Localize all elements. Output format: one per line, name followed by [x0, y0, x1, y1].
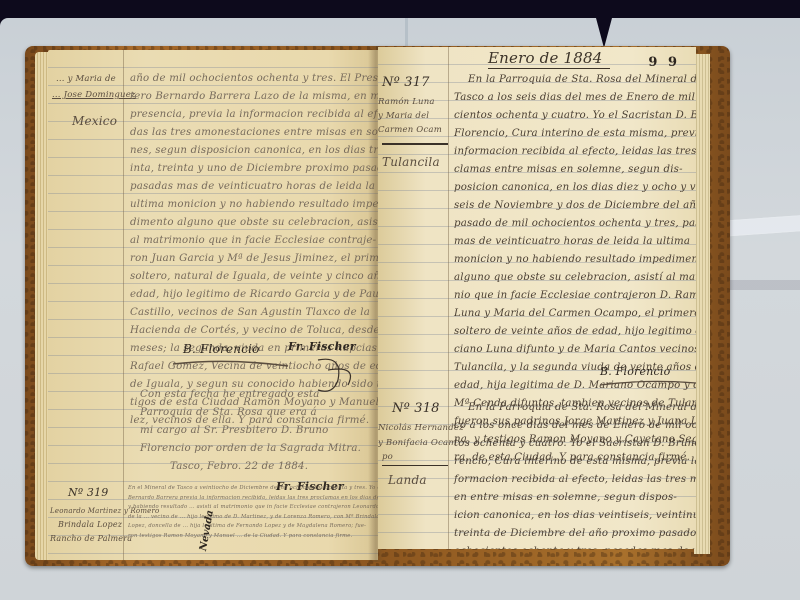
margin-name-line: Ramón Luna: [378, 95, 435, 109]
margin-name-line: Brindala Lopez: [58, 518, 122, 532]
text-line: en entre misas en solemne, segun dispos-: [454, 489, 696, 507]
text-line: tos ochenta y cuatro. Yo el Sacristan D.…: [454, 435, 696, 453]
backdrop-notch: [596, 18, 612, 48]
text-line: Florencio, Cura interino de esta misma, …: [454, 125, 696, 143]
text-line: pasado de mil ochocientos ochenta y tres…: [454, 215, 696, 233]
text-line: Tasco a los seis dias del mes de Enero d…: [454, 89, 696, 107]
margin-divider: [382, 465, 448, 466]
entry-number: Nº 318: [392, 401, 440, 416]
transfer-note: Con esta fecha he entregado esta Parroqu…: [140, 386, 361, 476]
text-line: En la Parroquia de Sta. Rosa del Mineral…: [454, 71, 696, 89]
entry-number: Nº 317: [382, 75, 430, 90]
text-line: Hacienda de Cortés, y vecino de Toluca, …: [130, 322, 378, 340]
text-line: inta, treinta y uno de Diciembre proximo…: [130, 160, 378, 178]
margin-name-line: Carmen Ocam: [378, 123, 442, 137]
margin-name-line: ... Jose Dominguez: [52, 88, 136, 102]
margin-name-line: Nicolás Hernandez: [378, 421, 464, 435]
text-line: ciano Luna difunto y de Maria Cantos vec…: [454, 341, 696, 359]
text-line: y habiendo resultado ... asisti al matri…: [128, 503, 378, 513]
margin-name-line: y Maria del: [378, 109, 429, 123]
margin-name-line: ... y Maria de: [56, 72, 116, 86]
signature-flourish-icon: [598, 377, 696, 389]
entry-text-block: En la Parroquia de Sta. Rosa del Mineral…: [454, 399, 696, 549]
text-line: seis de Noviembre y dos de Diciembre del…: [454, 197, 696, 215]
text-line: monicion y no habiendo resultado impedim…: [454, 251, 696, 269]
text-line: dimento alguno que obste su celebracion,…: [130, 214, 378, 232]
text-line: ultima monicion y no habiendo resultado …: [130, 196, 378, 214]
text-line: Bernardo Barrera previa la informacion r…: [128, 494, 378, 504]
right-page-edges: [694, 54, 710, 554]
month-header: Enero de 1884: [488, 49, 610, 69]
text-line: cientos ochenta y cuatro. Yo el Sacrista…: [454, 107, 696, 125]
text-line: Tasco, Febro. 22 de 1884.: [140, 458, 361, 476]
text-line: presencia, previa la informacion recibid…: [130, 106, 378, 124]
text-line: das las tres amonestaciones entre misas …: [130, 124, 378, 142]
entry-text-block: En el Mineral de Tasco a veintiocho de D…: [128, 484, 378, 541]
margin-name-line: y Bonifacia Ocam: [378, 436, 457, 450]
text-line: edad, hijo legitimo de Ricardo Garcia y …: [130, 286, 378, 304]
text-line: ochocientos ochenta y tres, pasadas mas …: [454, 543, 696, 549]
text-line: pasadas mas de veinticuatro horas de lei…: [130, 178, 378, 196]
margin-name-line: Rancho de Palmera: [50, 532, 132, 546]
entry-number: Nº 319: [68, 486, 109, 499]
text-line: posicion canonica, en los dias diez y oc…: [454, 179, 696, 197]
text-line: de la ... vecino de ... hijo legitimo de…: [128, 513, 378, 523]
margin-rule: [448, 47, 449, 549]
text-line: rencio, Cura interino de esta misma, pre…: [454, 453, 696, 471]
text-line: soltero de veinte años de edad, hijo leg…: [454, 323, 696, 341]
text-line: mas de veinticuatro horas de leida la ul…: [454, 233, 696, 251]
text-line: ron Juan Garcia y Mª de Jesus Jiminez, e…: [130, 250, 378, 268]
text-line: clamas entre misas en solemne, segun dis…: [454, 161, 696, 179]
right-page: Enero de 1884 9 9 Nº 317 Ramón Luna y Ma…: [378, 47, 696, 549]
margin-name-line: po: [382, 450, 393, 464]
text-line: informacion recibida al efecto, leidas l…: [454, 143, 696, 161]
margin-place: Tulancila: [382, 155, 440, 169]
text-line: co a los once dias del mes de Enero de m…: [454, 417, 696, 435]
text-line: soltero, natural de Iguala, de veinte y …: [130, 268, 378, 286]
text-line: Castillo, vecinos de San Agustin Tlaxco …: [130, 304, 378, 322]
text-line: Florencio por orden de la Sagrada Mitra.: [140, 440, 361, 458]
text-line: Lopez, doncella de ... hija legitima de …: [128, 522, 378, 532]
page-number: 9 9: [648, 55, 680, 70]
text-line: alguno que obste su celebracion, asistí …: [454, 269, 696, 287]
text-line: En el Mineral de Tasco a veintiocho de D…: [128, 484, 378, 494]
text-line: En la Parroquia de Sta. Rosa del Mineral…: [454, 399, 696, 417]
text-line: Luna y Maria del Carmen Ocampo, el prime…: [454, 305, 696, 323]
margin-rule: [123, 50, 124, 560]
margin-place: Mexico: [72, 114, 117, 128]
backdrop-smudge: [724, 280, 800, 290]
text-line: ron testigos Ramon Moyano y Manuel ... d…: [128, 532, 378, 542]
text-line: año de mil ochocientos ochenta y tres. E…: [130, 70, 378, 88]
text-line: mi cargo al Sr. Presbitero D. Bruno: [140, 422, 361, 440]
text-line: al matrimonio que in facie Ecclesiae con…: [130, 232, 378, 250]
text-line: Con esta fecha he entregado esta: [140, 386, 361, 404]
text-line: icion canonica, en los dias veintiseis, …: [454, 507, 696, 525]
margin-divider: [382, 143, 448, 145]
text-line: nio que in facie Ecclesiae contrajeron D…: [454, 287, 696, 305]
text-line: formacion recibida al efecto, leidas las…: [454, 471, 696, 489]
text-line: nes, segun disposicion canonica, en los …: [130, 142, 378, 160]
text-line: treinta de Diciembre del año proximo pas…: [454, 525, 696, 543]
text-line: Parroquia de Sta. Rosa que era á: [140, 404, 361, 422]
text-line: tero Bernardo Barrera Lazo de la misma, …: [130, 88, 378, 106]
margin-place: Landa: [388, 473, 427, 487]
left-page: ... y Maria de ... Jose Dominguez Mexico…: [48, 50, 378, 560]
